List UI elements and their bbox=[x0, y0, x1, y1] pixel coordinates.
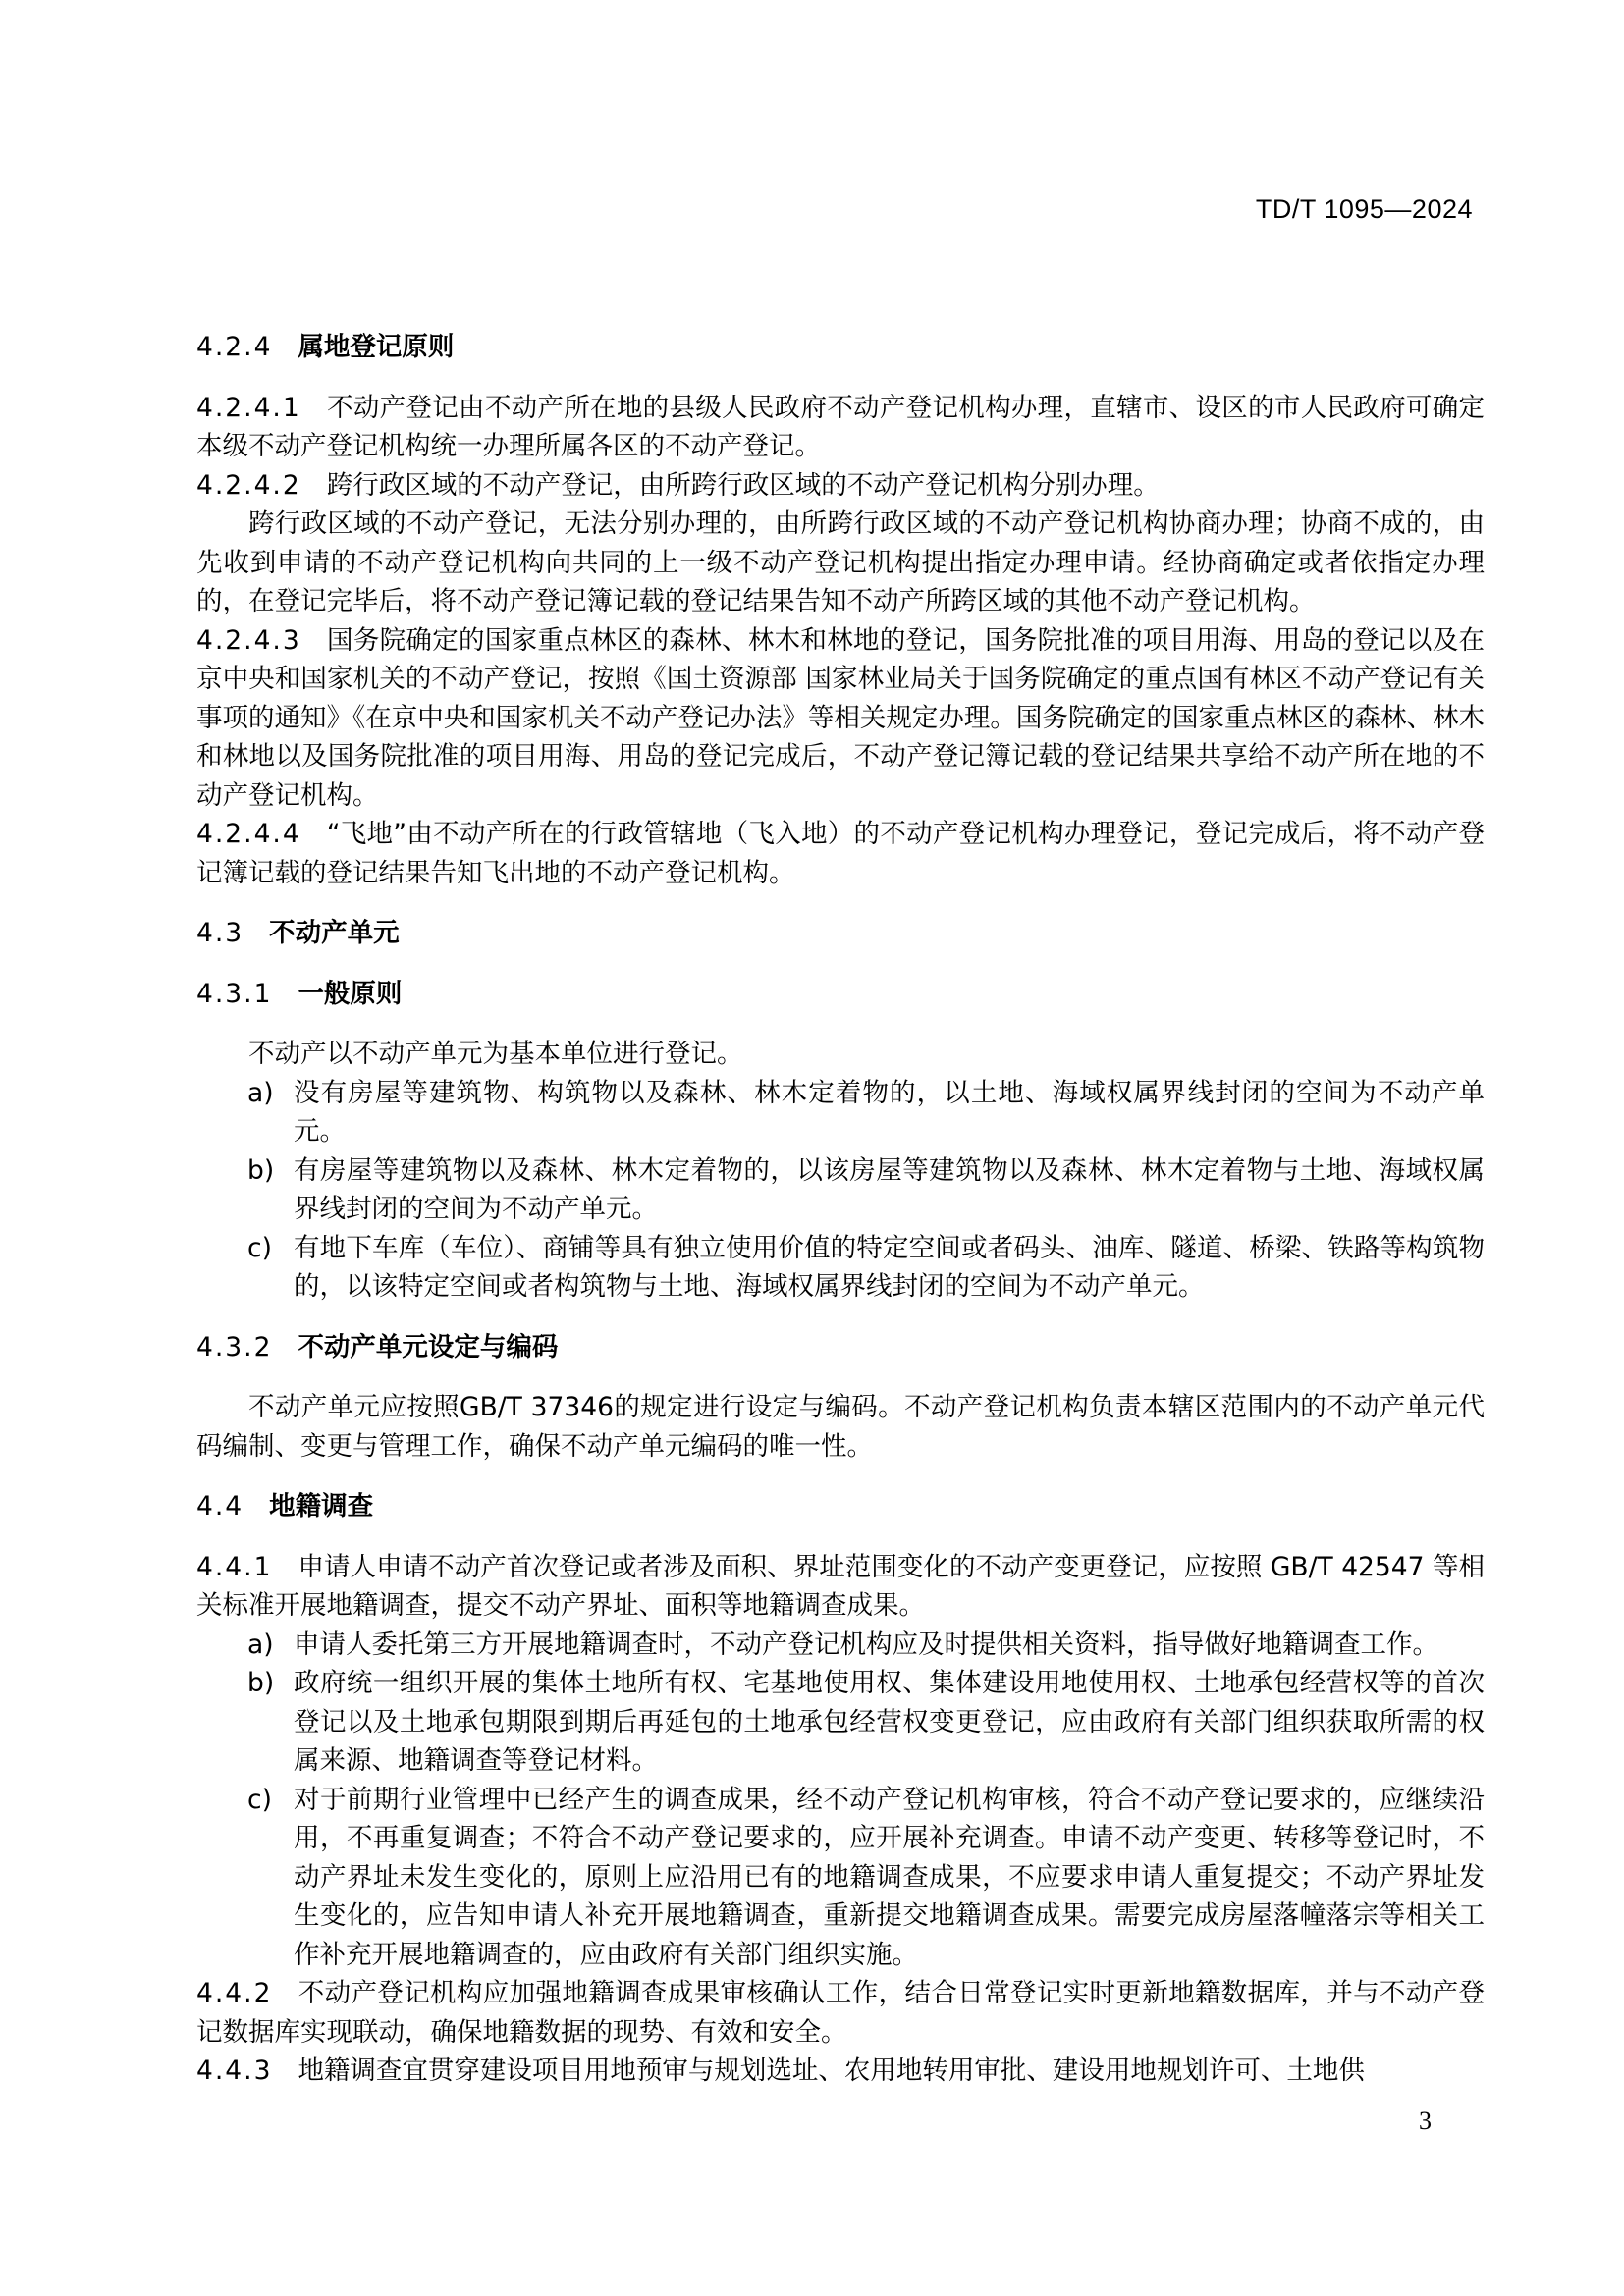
list-item-b: b) 政府统一组织开展的集体土地所有权、宅基地使用权、集体建设用地使用权、土地承… bbox=[196, 1664, 1485, 1781]
heading-number: 4.4 bbox=[196, 1487, 244, 1526]
clause-4-4-1: 4.4.1申请人申请不动产首次登记或者涉及面积、界址范围变化的不动产变更登记，应… bbox=[196, 1548, 1485, 1626]
clause-4-4-3: 4.4.3地籍调查宜贯穿建设项目用地预审与规划选址、农用地转用审批、建设用地规划… bbox=[196, 2052, 1485, 2091]
heading-title: 地籍调查 bbox=[269, 1491, 373, 1522]
list-marker: c) bbox=[247, 1781, 272, 1820]
list-text: 没有房屋等建筑物、构筑物以及森林、林木定着物的，以土地、海域权属界线封闭的空间为… bbox=[294, 1078, 1485, 1148]
clause-4-2-4-2-para2: 跨行政区域的不动产登记，无法分别办理的，由所跨行政区域的不动产登记机构协商办理；… bbox=[196, 505, 1485, 621]
clause-4-2-4-4: 4.2.4.4“飞地”由不动产所在的行政管辖地（飞入地）的不动产登记机构办理登记… bbox=[196, 815, 1485, 892]
heading-title: 不动产单元设定与编码 bbox=[298, 1332, 558, 1362]
clause-text: 不动产登记由不动产所在地的县级人民政府不动产登记机构办理，直辖市、设区的市人民政… bbox=[196, 393, 1485, 462]
heading-4-4: 4.4地籍调查 bbox=[196, 1487, 1485, 1526]
list-item-a: a) 申请人委托第三方开展地籍调查时，不动产登记机构应及时提供相关资料，指导做好… bbox=[196, 1626, 1485, 1665]
page-number: 3 bbox=[1419, 2107, 1432, 2136]
list-text: 申请人委托第三方开展地籍调查时，不动产登记机构应及时提供相关资料，指导做好地籍调… bbox=[294, 1629, 1438, 1660]
clause-number: 4.2.4.3 bbox=[196, 625, 301, 656]
clause-number: 4.2.4.2 bbox=[196, 470, 301, 501]
list-item-c: c) 有地下车库（车位）、商铺等具有独立使用价值的特定空间或者码头、油库、隧道、… bbox=[196, 1229, 1485, 1307]
clause-text: 跨行政区域的不动产登记，由所跨行政区域的不动产登记机构分别办理。 bbox=[327, 470, 1160, 501]
list-marker: b) bbox=[247, 1151, 274, 1191]
heading-number: 4.3.1 bbox=[196, 975, 272, 1014]
clause-number: 4.4.1 bbox=[196, 1552, 272, 1582]
heading-title: 属地登记原则 bbox=[298, 332, 454, 362]
clause-4-4-2: 4.4.2不动产登记机构应加强地籍调查成果审核确认工作，结合日常登记实时更新地籍… bbox=[196, 1974, 1485, 2052]
clause-4-2-4-3: 4.2.4.3国务院确定的国家重点林区的森林、林木和林地的登记，国务院批准的项目… bbox=[196, 621, 1485, 816]
paragraph-4-3-2: 不动产单元应按照GB/T 37346的规定进行设定与编码。不动产登记机构负责本辖… bbox=[196, 1388, 1485, 1466]
heading-4-3-2: 4.3.2不动产单元设定与编码 bbox=[196, 1328, 1485, 1367]
heading-4-3-1: 4.3.1一般原则 bbox=[196, 975, 1485, 1014]
clause-text: 申请人申请不动产首次登记或者涉及面积、界址范围变化的不动产变更登记，应按照 GB… bbox=[196, 1552, 1485, 1622]
list-item-b: b) 有房屋等建筑物以及森林、林木定着物的，以该房屋等建筑物以及森林、林木定着物… bbox=[196, 1151, 1485, 1229]
clause-text: “飞地”由不动产所在的行政管辖地（飞入地）的不动产登记机构办理登记，登记完成后，… bbox=[196, 819, 1485, 888]
clause-text: 国务院确定的国家重点林区的森林、林木和林地的登记，国务院批准的项目用海、用岛的登… bbox=[196, 625, 1485, 811]
heading-number: 4.3.2 bbox=[196, 1328, 272, 1367]
document-body: 4.2.4属地登记原则 4.2.4.1不动产登记由不动产所在地的县级人民政府不动… bbox=[196, 328, 1485, 2091]
list-text: 有地下车库（车位）、商铺等具有独立使用价值的特定空间或者码头、油库、隧道、桥梁、… bbox=[294, 1233, 1485, 1303]
clause-number: 4.2.4.1 bbox=[196, 393, 301, 423]
list-marker: a) bbox=[247, 1074, 274, 1113]
list-item-a: a) 没有房屋等建筑物、构筑物以及森林、林木定着物的，以土地、海域权属界线封闭的… bbox=[196, 1074, 1485, 1151]
list-marker: c) bbox=[247, 1229, 272, 1268]
clause-number: 4.2.4.4 bbox=[196, 819, 301, 849]
heading-number: 4.2.4 bbox=[196, 328, 272, 367]
list-marker: a) bbox=[247, 1626, 274, 1665]
heading-title: 不动产单元 bbox=[269, 918, 400, 948]
list-text: 有房屋等建筑物以及森林、林木定着物的，以该房屋等建筑物以及森林、林木定着物与土地… bbox=[294, 1155, 1485, 1225]
clause-number: 4.4.3 bbox=[196, 2056, 272, 2086]
heading-number: 4.3 bbox=[196, 914, 244, 953]
clause-4-2-4-2: 4.2.4.2跨行政区域的不动产登记，由所跨行政区域的不动产登记机构分别办理。 bbox=[196, 466, 1485, 506]
clause-number: 4.4.2 bbox=[196, 1978, 272, 2008]
standard-number: TD/T 1095—2024 bbox=[1256, 194, 1473, 225]
list-text: 对于前期行业管理中已经产生的调查成果，经不动产登记机构审核，符合不动产登记要求的… bbox=[294, 1785, 1485, 1970]
clause-text: 不动产登记机构应加强地籍调查成果审核确认工作，结合日常登记实时更新地籍数据库，并… bbox=[196, 1978, 1485, 2048]
heading-4-2-4: 4.2.4属地登记原则 bbox=[196, 328, 1485, 367]
heading-4-3: 4.3不动产单元 bbox=[196, 914, 1485, 953]
list-marker: b) bbox=[247, 1664, 274, 1703]
clause-text: 地籍调查宜贯穿建设项目用地预审与规划选址、农用地转用审批、建设用地规划许可、土地… bbox=[298, 2056, 1365, 2086]
heading-title: 一般原则 bbox=[298, 979, 402, 1009]
list-text: 政府统一组织开展的集体土地所有权、宅基地使用权、集体建设用地使用权、土地承包经营… bbox=[294, 1668, 1485, 1776]
clause-4-2-4-1: 4.2.4.1不动产登记由不动产所在地的县级人民政府不动产登记机构办理，直辖市、… bbox=[196, 389, 1485, 466]
list-item-c: c) 对于前期行业管理中已经产生的调查成果，经不动产登记机构审核，符合不动产登记… bbox=[196, 1781, 1485, 1975]
paragraph-4-3-1-intro: 不动产以不动产单元为基本单位进行登记。 bbox=[196, 1035, 1485, 1074]
